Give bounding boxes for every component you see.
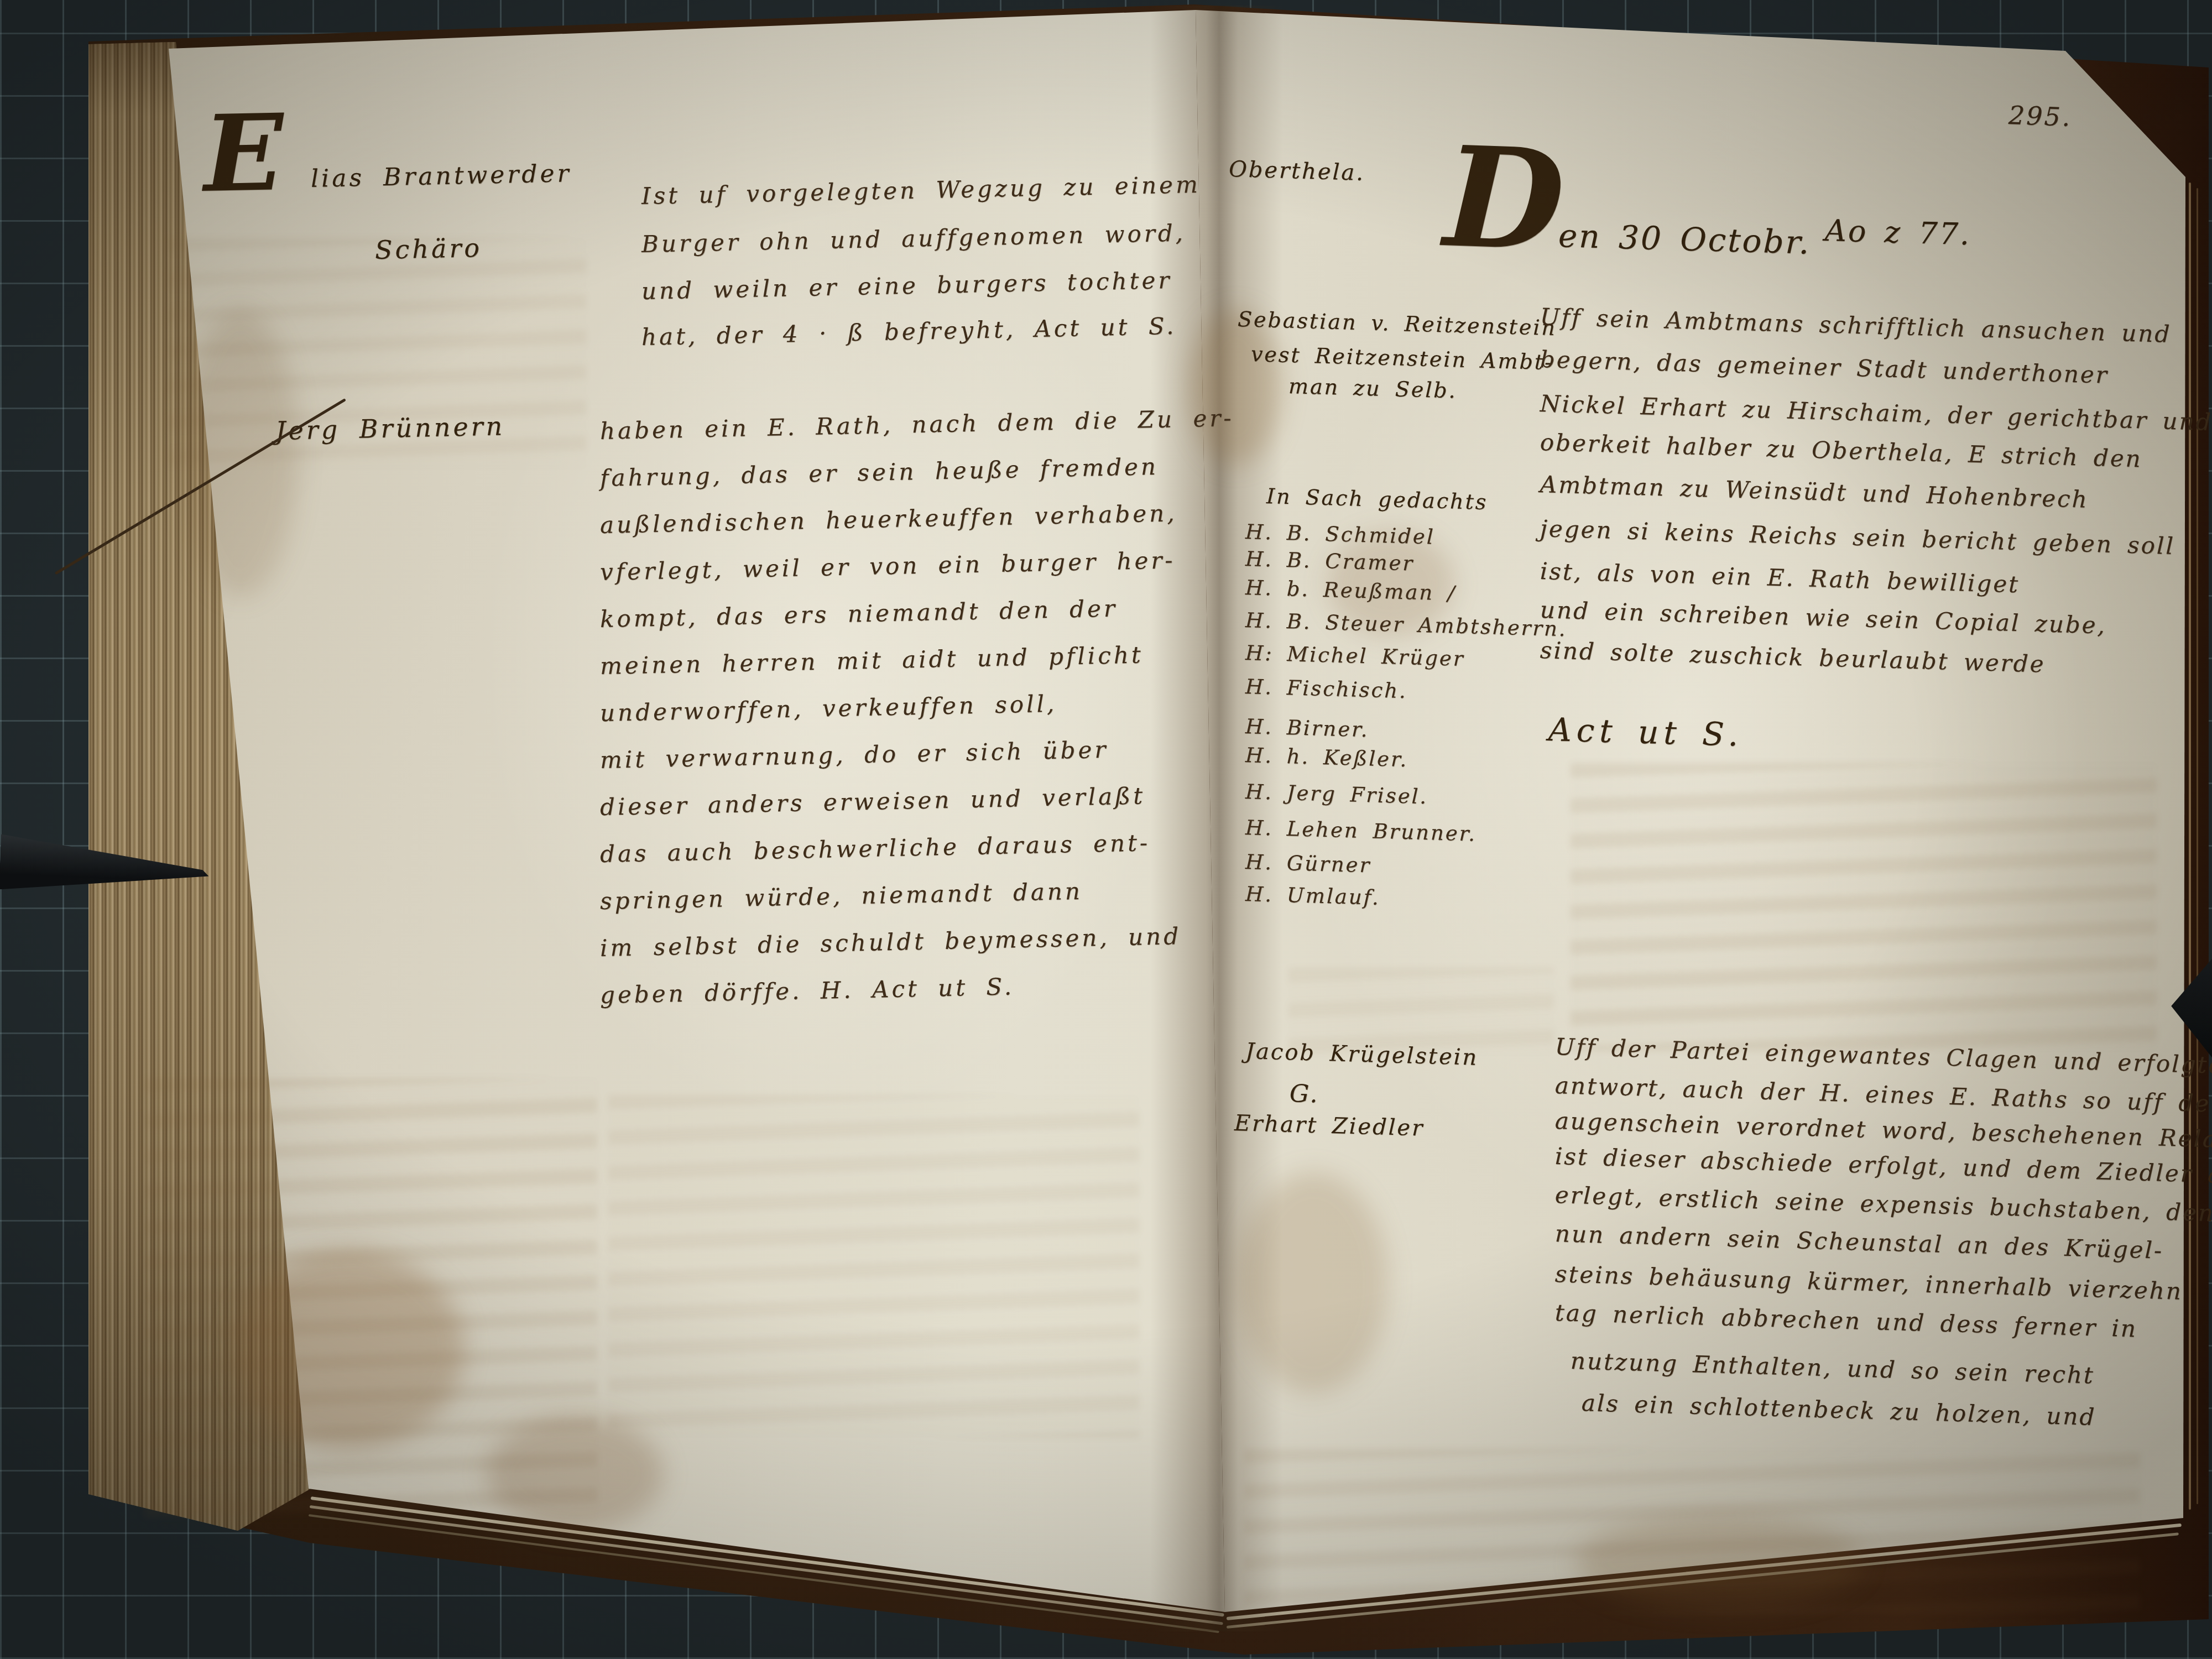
attendee-list-item: H. Jerg Frisel. xyxy=(1245,780,1428,808)
attendee-list-item: H. Birner. xyxy=(1245,714,1369,742)
manuscript-photo: E lias Brantwerder Schäro Ist uf vorgele… xyxy=(0,0,2212,1659)
date-heading-initial: D xyxy=(1443,143,1568,255)
stain xyxy=(1189,310,1283,465)
signoff: Act ut S. xyxy=(1548,711,1744,754)
attendee-list-item: H. Fischisch. xyxy=(1245,675,1407,703)
bleed-through xyxy=(608,1095,1139,1438)
margin-initial: E xyxy=(202,112,287,195)
margin-note-line: G. xyxy=(1289,1079,1319,1108)
sheet-edge xyxy=(2197,188,2198,1504)
sheet-edge xyxy=(2189,182,2191,1510)
attendee-list-item: H. Umlauf. xyxy=(1245,882,1380,910)
margin-note-name: lias Brantwerder xyxy=(310,159,572,193)
stain xyxy=(487,1416,664,1532)
attendee-list-item: H. h. Keßler. xyxy=(1245,743,1408,771)
stain xyxy=(232,1250,465,1449)
stain xyxy=(1239,1172,1388,1394)
margin-note-line: man zu Selb. xyxy=(1288,374,1457,403)
date-heading: en 30 Octobr. xyxy=(1558,217,1811,262)
margin-note-line: Schäro xyxy=(374,233,482,265)
attendee-list-item: H. B. Cramer xyxy=(1245,547,1414,576)
stain xyxy=(1576,1515,1864,1609)
page-number: 295. xyxy=(2008,100,2072,132)
date-heading-anno: Ao z 77. xyxy=(1824,213,1971,252)
running-head: Oberthela. xyxy=(1228,156,1365,186)
bleed-through xyxy=(1571,763,2157,1051)
stain xyxy=(182,310,299,597)
margin-note-name: Jerg Brünnern xyxy=(275,411,505,446)
attendee-list-item: H. Gürner xyxy=(1245,850,1371,877)
margin-note-line: Erhart Ziedler xyxy=(1234,1110,1424,1141)
